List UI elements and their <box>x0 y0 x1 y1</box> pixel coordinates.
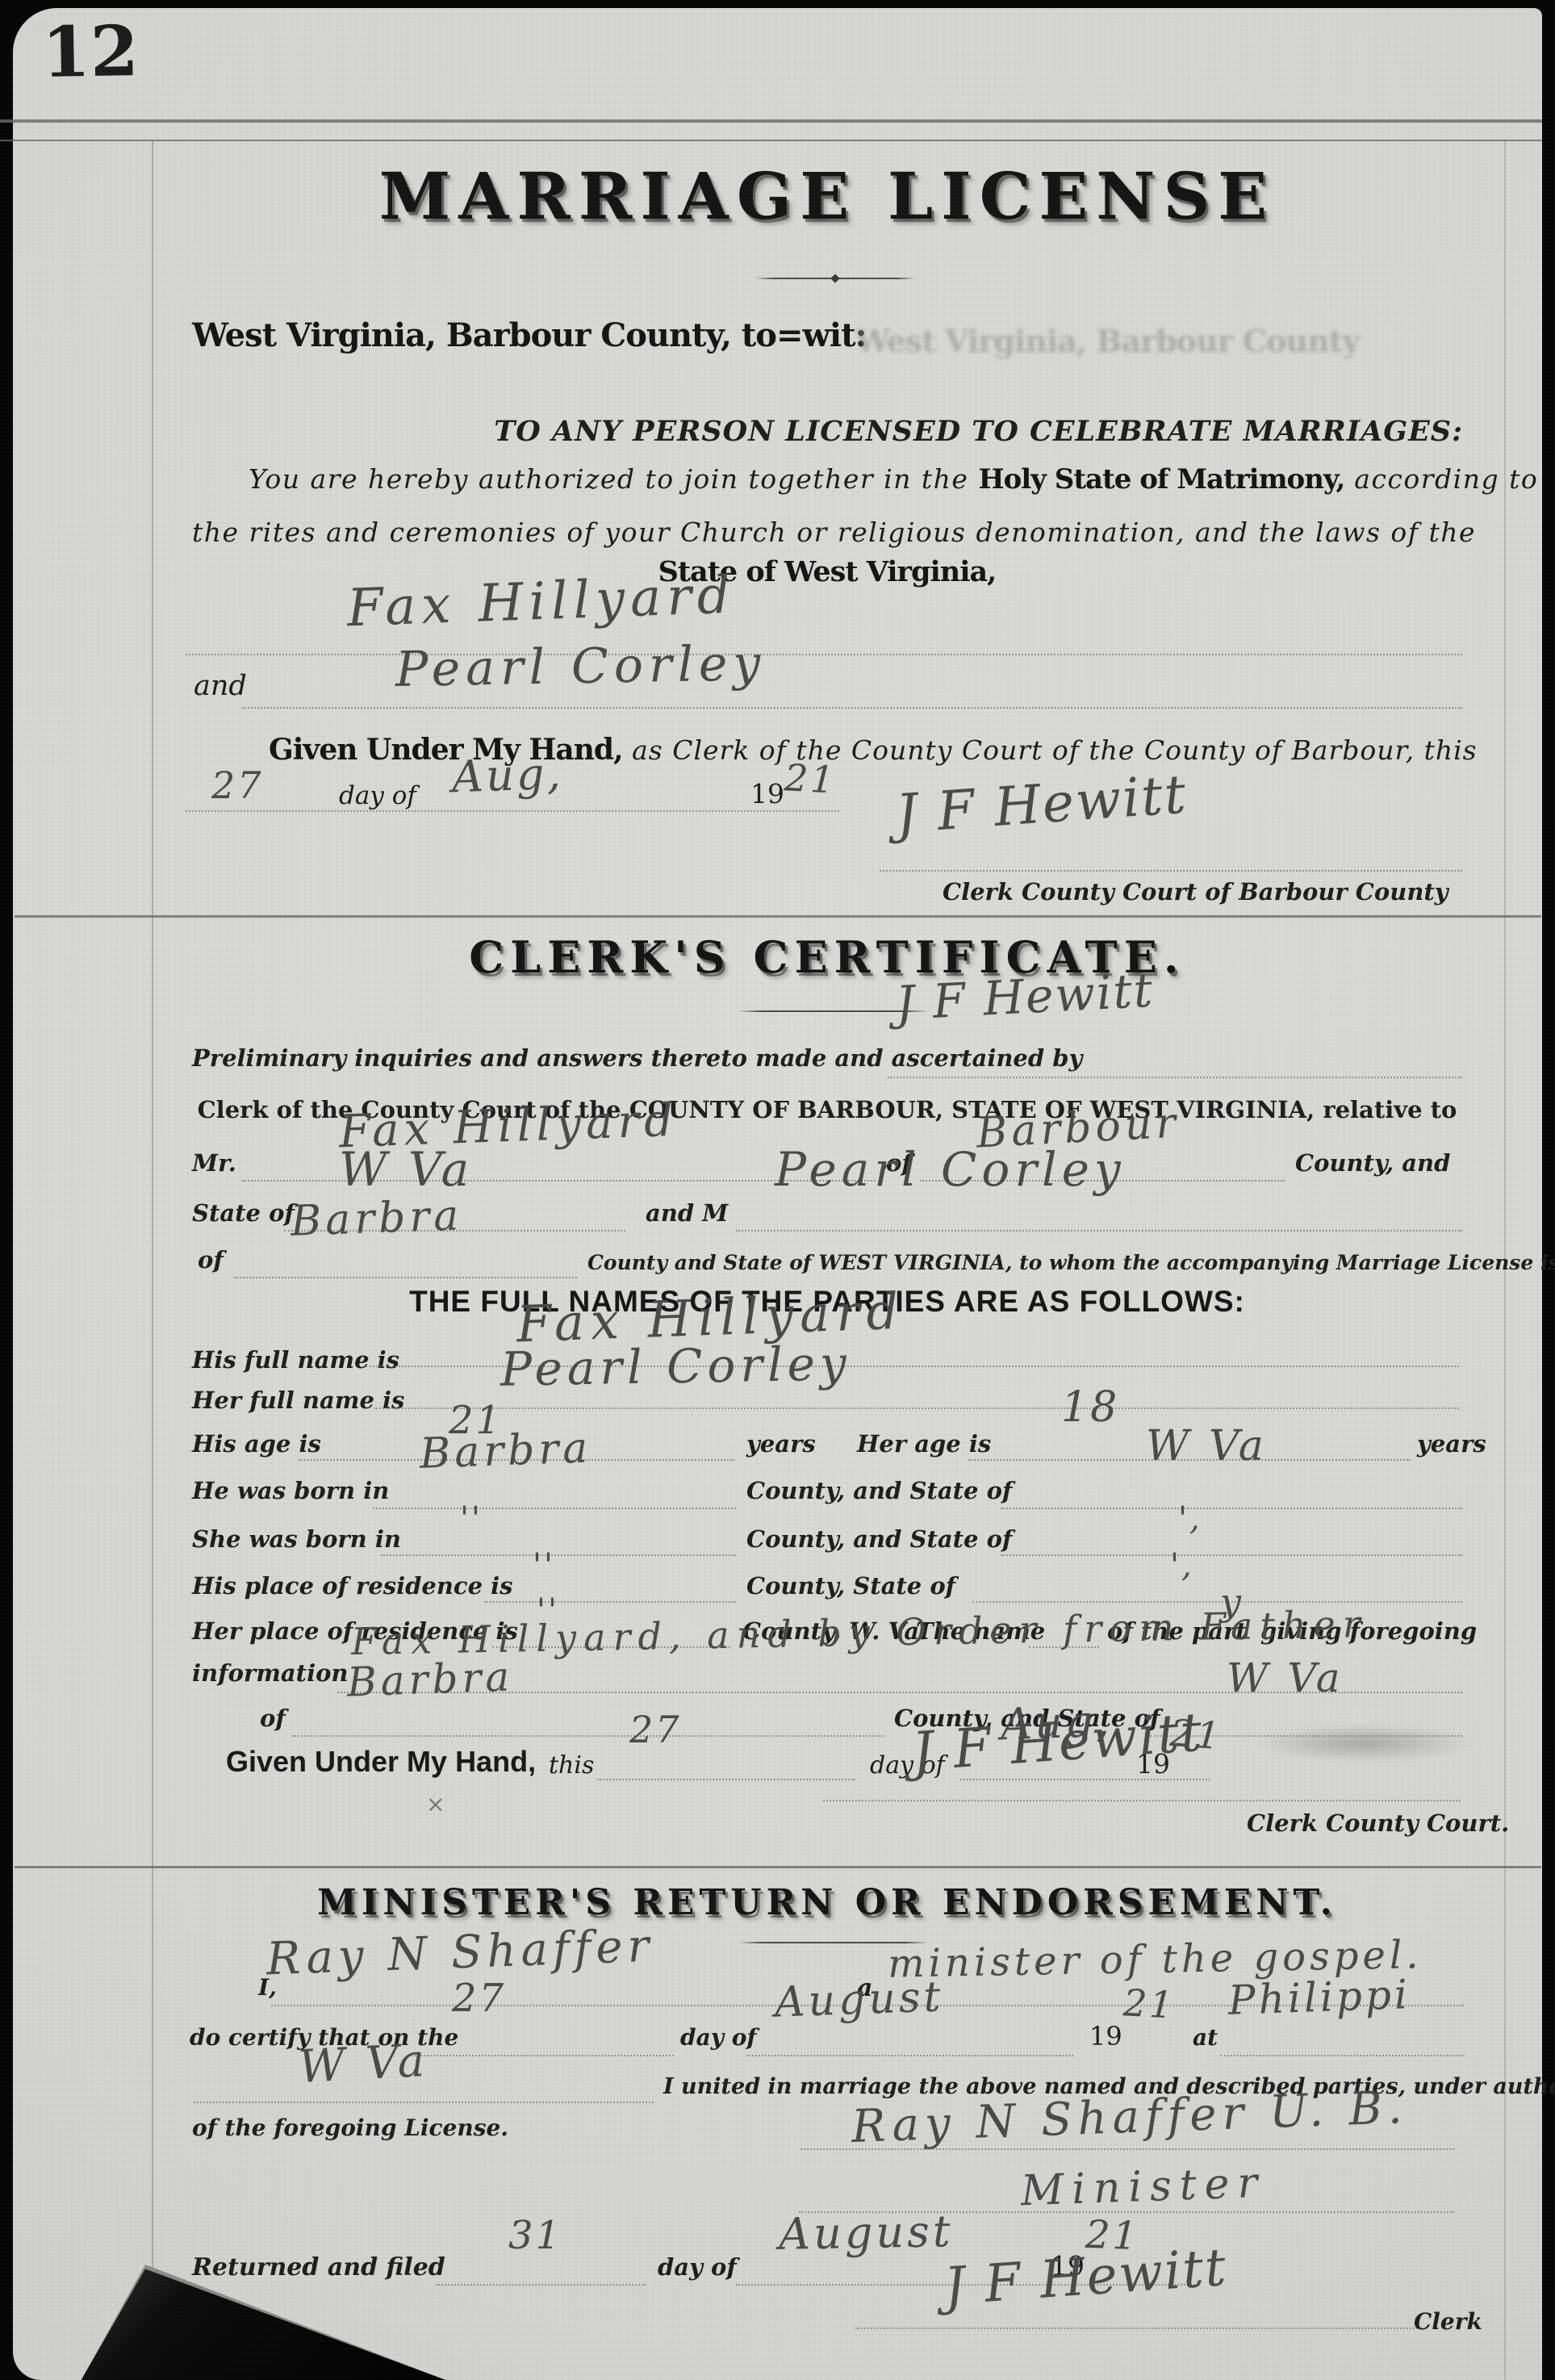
her-name-line <box>374 1408 1459 1409</box>
section-divider-1 <box>15 915 1541 918</box>
minister-name-handwritten: Ray N Shaffer <box>265 1924 654 1983</box>
page-number: 12 <box>41 10 139 94</box>
foregoing-label: of the foregoing License. <box>192 2114 508 2141</box>
certificate-title: CLERK'S CERTIFICATE. <box>149 931 1505 983</box>
minister-word-handwritten: Minister <box>1020 2162 1266 2213</box>
he-born-county-handwritten: Barbra <box>419 1427 592 1474</box>
returned-day-handwritten: 31 <box>508 2216 562 2255</box>
bride-name-line <box>242 707 1462 709</box>
cert-day-handwritten: 27 <box>629 1711 682 1748</box>
bride-name-handwritten: Pearl Corley <box>395 639 767 694</box>
cert-month-line <box>960 1779 1210 1780</box>
her-age-handwritten: 18 <box>1061 1387 1119 1428</box>
he-born-county-line <box>373 1508 736 1509</box>
info-county-handwritten: Barbra <box>346 1656 514 1702</box>
county-state-label-3: County, State of <box>746 1572 955 1600</box>
county-state-label-2: County, and State of <box>746 1525 1012 1553</box>
mr-label: Mr. <box>192 1149 236 1177</box>
and-label: and <box>194 670 247 702</box>
his-residence-state-ditto: ', <box>1170 1550 1194 1582</box>
clerk-label-final: Clerk <box>1414 2308 1482 2335</box>
authorization-line-2: the rites and ceremonies of your Church … <box>192 517 1469 548</box>
cert-day-line <box>597 1779 855 1780</box>
info-state-handwritten: W Va <box>1227 1658 1344 1698</box>
minister-day-of-label: day of <box>680 2024 756 2051</box>
bride-name-cert-line <box>736 1230 1462 1232</box>
she-born-ditto: '' <box>460 1503 483 1535</box>
salutation-line: TO ANY PERSON LICENSED TO CELEBRATE MARR… <box>190 415 1463 448</box>
of-label-3: of <box>260 1704 286 1732</box>
day-of-label: day of <box>339 781 416 810</box>
license-month-handwritten: Aug, <box>451 752 563 800</box>
authorization-line-1: You are hereby authorized to join togeth… <box>192 463 1469 496</box>
issued-line: County and State of WEST VIRGINIA, to wh… <box>587 1251 1465 1274</box>
her-age-label: Her age is <box>857 1430 991 1458</box>
bride-name-cert: Pearl Corley <box>775 1146 1126 1193</box>
minister-day-handwritten: 27 <box>452 1979 506 2018</box>
license-day-handwritten: 27 <box>211 767 264 804</box>
title-divider-ornament <box>755 278 916 279</box>
his-residence-ditto: '' <box>533 1550 555 1582</box>
clerk-signature-line-2 <box>823 1800 1461 1801</box>
given-under-hand-2: Given Under My Hand, <box>226 1745 536 1779</box>
year-printed-19: 19 <box>750 778 784 809</box>
groom-name-line <box>186 654 1462 655</box>
minister-name-line <box>271 2005 844 2006</box>
bleed-through-smudge <box>1255 1724 1473 1763</box>
scanned-marriage-register-page: 12 MARRIAGE LICENSE West Virginia, Barbo… <box>0 0 1555 2380</box>
given-under-phrase: Given Under My Hand, <box>269 733 623 767</box>
his-residence-label: His place of residence is <box>192 1572 512 1600</box>
minister-year-handwritten: 21 <box>1122 1984 1177 2023</box>
county-and-label: County, and <box>1295 1149 1450 1177</box>
her-name-handwritten: Pearl Corley <box>500 1340 852 1393</box>
minister-title: MINISTER'S RETURN OR ENDORSEMENT. <box>149 1882 1505 1923</box>
he-born-state-line <box>1001 1508 1462 1509</box>
holy-state-phrase: Holy State of Matrimony, <box>978 463 1344 496</box>
her-name-label: Her full name is <box>192 1387 404 1414</box>
minister-year-printed: 19 <box>1089 2021 1122 2052</box>
she-born-state-line <box>1001 1554 1462 1556</box>
minister-signature-line <box>800 2148 1454 2150</box>
this-label: this <box>549 1751 594 1780</box>
preliminary-signature: J F Hewitt <box>895 967 1156 1027</box>
place-line <box>1220 2055 1465 2056</box>
he-born-state-handwritten: W Va <box>1146 1425 1267 1467</box>
info-county-line <box>292 1735 884 1737</box>
bleed-through-text: West Virginia, Barbour County <box>855 323 1359 359</box>
his-residence-state-line <box>972 1601 1462 1603</box>
returned-day-of-label: day of <box>658 2253 737 2281</box>
his-residence-line <box>484 1601 736 1603</box>
clerk-signature-line-1 <box>880 870 1462 872</box>
county-state-label-1: County, and State of <box>746 1477 1012 1504</box>
clerk-title-2: Clerk County Court. <box>1247 1809 1509 1837</box>
jurisdiction-line: West Virginia, Barbour County, to=wit: <box>192 316 866 354</box>
clerk-title-1: Clerk County Court of Barbour County <box>943 878 1448 906</box>
state-of-label: State of <box>192 1199 295 1227</box>
authorization-text-cont: according to <box>1344 463 1538 495</box>
minister-day-line <box>408 2055 674 2056</box>
groom-name-handwritten: Fax Hillyard <box>346 570 737 635</box>
his-age-label: His age is <box>192 1430 321 1458</box>
bride-county-handwritten: Barbra <box>290 1194 463 1242</box>
she-born-county-line <box>381 1554 736 1556</box>
information-label: information <box>192 1659 349 1687</box>
minister-state-line <box>194 2102 654 2103</box>
top-rule-2 <box>0 140 1542 141</box>
minister-month-handwritten: August <box>774 1976 944 2023</box>
clerk-signature-line-3 <box>855 2328 1420 2329</box>
and-m-label: and M <box>646 1199 728 1227</box>
returned-day-line <box>436 2284 646 2286</box>
of-label-2: of <box>198 1246 224 1274</box>
authorization-text: You are hereby authorized to join togeth… <box>249 463 978 495</box>
minister-month-line <box>746 2055 1073 2056</box>
given-under-rest: as Clerk of the County Court of the Coun… <box>623 734 1478 766</box>
bride-county-line <box>234 1277 577 1278</box>
returned-label: Returned and filed <box>192 2253 445 2282</box>
his-name-label: His full name is <box>192 1346 399 1374</box>
she-born-label: She was born in <box>192 1525 401 1553</box>
years-label-2: years <box>1417 1430 1486 1458</box>
stray-pencil-mark: × <box>426 1793 447 1816</box>
license-date-line <box>186 810 839 812</box>
at-label: at <box>1193 2024 1218 2051</box>
minister-state-handwritten: W Va <box>298 2039 429 2090</box>
he-born-label: He was born in <box>192 1477 389 1504</box>
returned-month-handwritten: August <box>779 2210 954 2257</box>
license-title: MARRIAGE LICENSE <box>149 158 1505 234</box>
she-born-state-ditto: ', <box>1178 1503 1202 1535</box>
groom-state-handwritten: W Va <box>339 1146 472 1193</box>
left-margin-rule <box>152 141 153 2380</box>
years-label-1: years <box>746 1430 816 1458</box>
section-divider-2 <box>15 1866 1541 1868</box>
license-year-handwritten: 21 <box>784 759 838 798</box>
preliminary-label: Preliminary inquiries and answers theret… <box>192 1044 1082 1072</box>
preliminary-line <box>888 1077 1462 1078</box>
place-handwritten: Philippi <box>1227 1974 1411 2021</box>
top-rule-1 <box>0 119 1542 123</box>
